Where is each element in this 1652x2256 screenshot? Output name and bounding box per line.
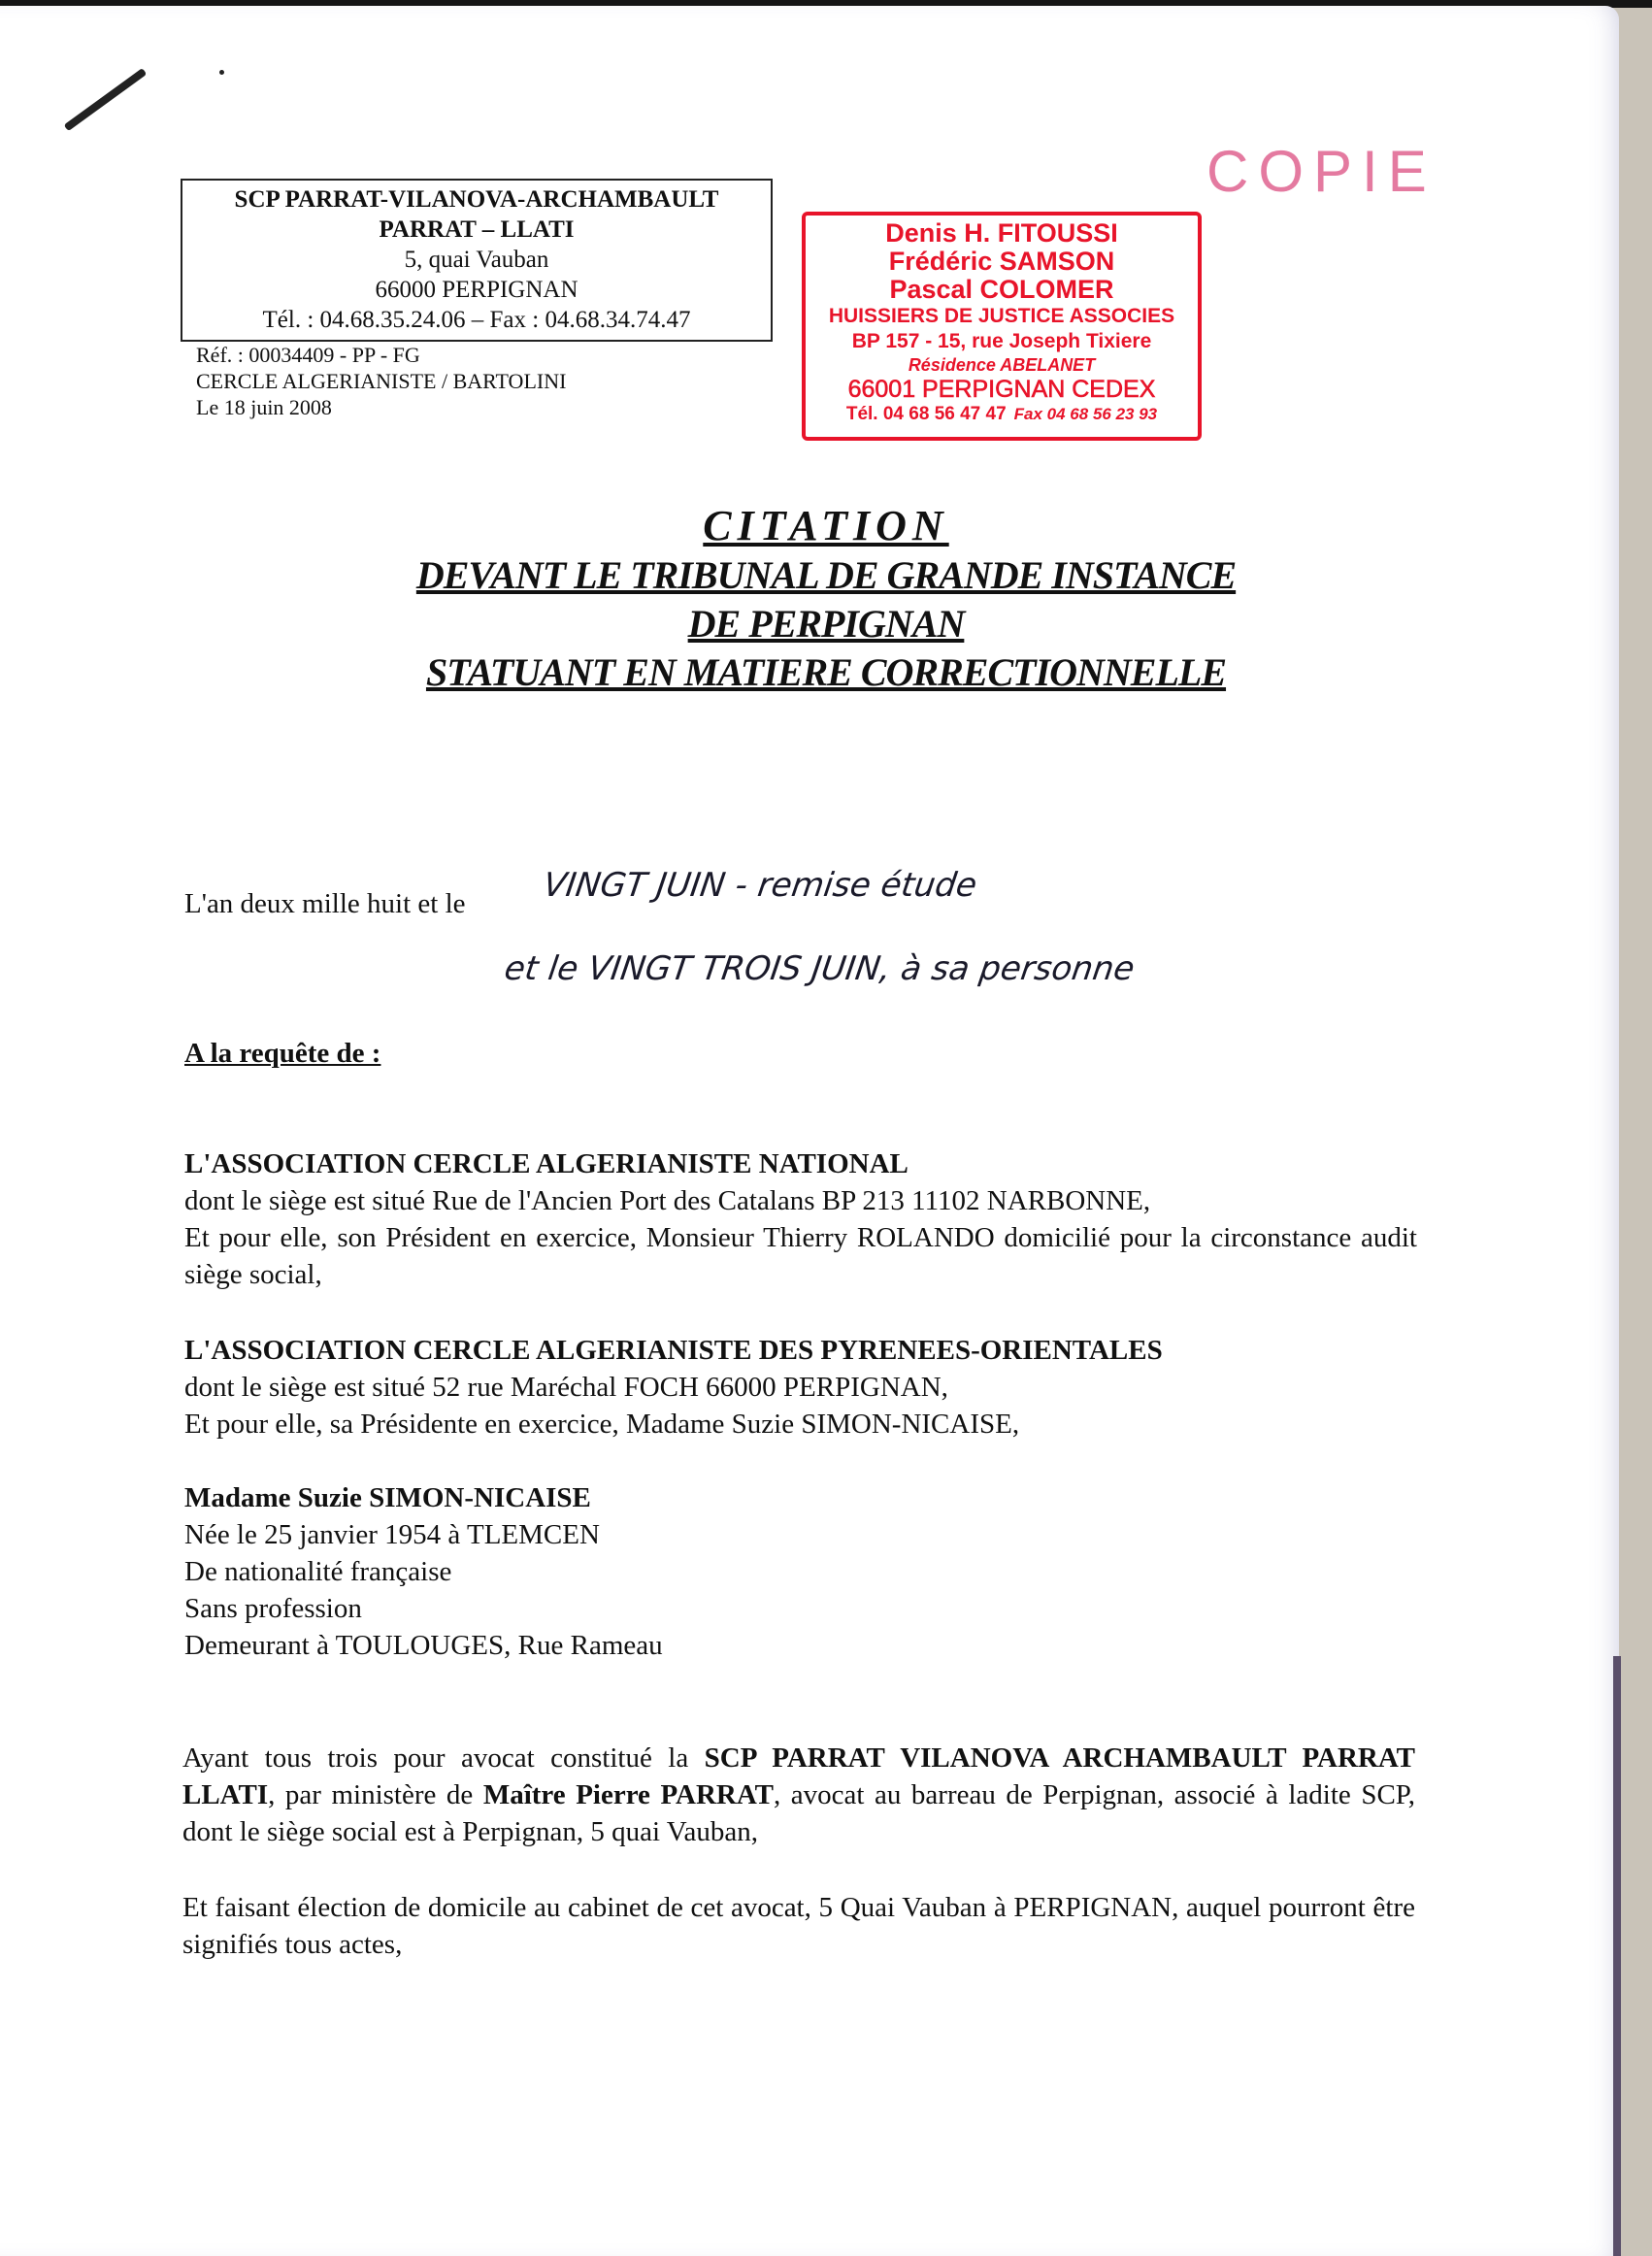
bailiff-residence: Résidence ABELANET xyxy=(806,354,1198,376)
bailiff-fax: Fax 04 68 56 23 93 xyxy=(1014,405,1157,423)
title-citation: CITATION xyxy=(0,501,1652,551)
page-edge-shadow xyxy=(1613,1656,1621,2256)
ink-dot xyxy=(219,70,224,75)
firm-street: 5, quai Vauban xyxy=(182,245,771,275)
party-1: L'ASSOCIATION CERCLE ALGERIANISTE NATION… xyxy=(184,1145,1417,1293)
party-3-birth: Née le 25 janvier 1954 à TLEMCEN xyxy=(184,1516,1417,1553)
copie-stamp: COPIE xyxy=(1206,138,1437,205)
bailiff-tel: Tél. 04 68 56 47 47 xyxy=(846,404,1007,424)
party-1-address: dont le siège est situé Rue de l'Ancien … xyxy=(184,1182,1417,1219)
domicile-paragraph: Et faisant élection de domicile au cabin… xyxy=(182,1889,1415,1963)
avocat-text-b: , par ministère de xyxy=(268,1779,483,1810)
reference-block: Réf. : 00034409 - PP - FG CERCLE ALGERIA… xyxy=(196,342,566,420)
firm-city: 66000 PERPIGNAN xyxy=(182,275,771,305)
letter-date: Le 18 juin 2008 xyxy=(196,394,566,420)
requete-heading: A la requête de : xyxy=(184,1035,1417,1072)
party-2: L'ASSOCIATION CERCLE ALGERIANISTE DES PY… xyxy=(184,1332,1417,1443)
party-3-residence: Demeurant à TOULOUGES, Rue Rameau xyxy=(184,1627,1417,1664)
bailiff-city: 66001 PERPIGNAN CEDEX xyxy=(806,376,1198,403)
avocat-lawyer: Maître Pierre PARRAT xyxy=(483,1779,774,1810)
title-line-4: STATUANT EN MATIERE CORRECTIONNELLE xyxy=(0,648,1652,697)
party-1-representative: Et pour elle, son Président en exercice,… xyxy=(184,1219,1417,1293)
party-3-nationality: De nationalité française xyxy=(184,1553,1417,1590)
title-line-2: DEVANT LE TRIBUNAL DE GRANDE INSTANCE xyxy=(0,551,1652,600)
bailiff-title: HUISSIERS DE JUSTICE ASSOCIES xyxy=(806,304,1198,329)
bailiff-name-1: Denis H. FITOUSSI xyxy=(806,219,1198,248)
party-3-profession: Sans profession xyxy=(184,1590,1417,1627)
handwritten-date-line-2: et le VINGT TROIS JUIN, à sa personne xyxy=(502,949,1137,988)
party-3-name: Madame Suzie SIMON-NICAISE xyxy=(184,1479,1417,1516)
bailiff-address: BP 157 - 15, rue Joseph Tixiere xyxy=(806,329,1198,354)
party-2-name: L'ASSOCIATION CERCLE ALGERIANISTE DES PY… xyxy=(184,1332,1417,1369)
party-1-name: L'ASSOCIATION CERCLE ALGERIANISTE NATION… xyxy=(184,1145,1417,1182)
bailiff-name-3: Pascal COLOMER xyxy=(806,276,1198,304)
party-2-representative: Et pour elle, sa Présidente en exercice,… xyxy=(184,1406,1417,1443)
law-firm-letterhead: SCP PARRAT-VILANOVA-ARCHAMBAULT PARRAT –… xyxy=(181,179,773,342)
bailiff-contact: Tél. 04 68 56 47 47Fax 04 68 56 23 93 xyxy=(806,403,1198,426)
firm-partners: PARRAT – LLATI xyxy=(182,215,771,245)
bailiff-name-2: Frédéric SAMSON xyxy=(806,248,1198,276)
party-3: Madame Suzie SIMON-NICAISE Née le 25 jan… xyxy=(184,1479,1417,1664)
reference-number: Réf. : 00034409 - PP - FG xyxy=(196,342,566,368)
avocat-text-a: Ayant tous trois pour avocat constitué l… xyxy=(182,1742,705,1774)
firm-phone-fax: Tél. : 04.68.35.24.06 – Fax : 04.68.34.7… xyxy=(182,305,771,335)
document-title: CITATION DEVANT LE TRIBUNAL DE GRANDE IN… xyxy=(0,501,1652,697)
bailiff-stamp: Denis H. FITOUSSI Frédéric SAMSON Pascal… xyxy=(802,212,1202,441)
party-2-address: dont le siège est situé 52 rue Maréchal … xyxy=(184,1369,1417,1406)
avocat-paragraph: Ayant tous trois pour avocat constitué l… xyxy=(182,1740,1415,1850)
firm-name: SCP PARRAT-VILANOVA-ARCHAMBAULT xyxy=(182,184,771,215)
title-line-3: DE PERPIGNAN xyxy=(0,600,1652,648)
case-name: CERCLE ALGERIANISTE / BARTOLINI xyxy=(196,368,566,394)
handwritten-date-line-1: VINGT JUIN - remise étude xyxy=(541,866,979,905)
